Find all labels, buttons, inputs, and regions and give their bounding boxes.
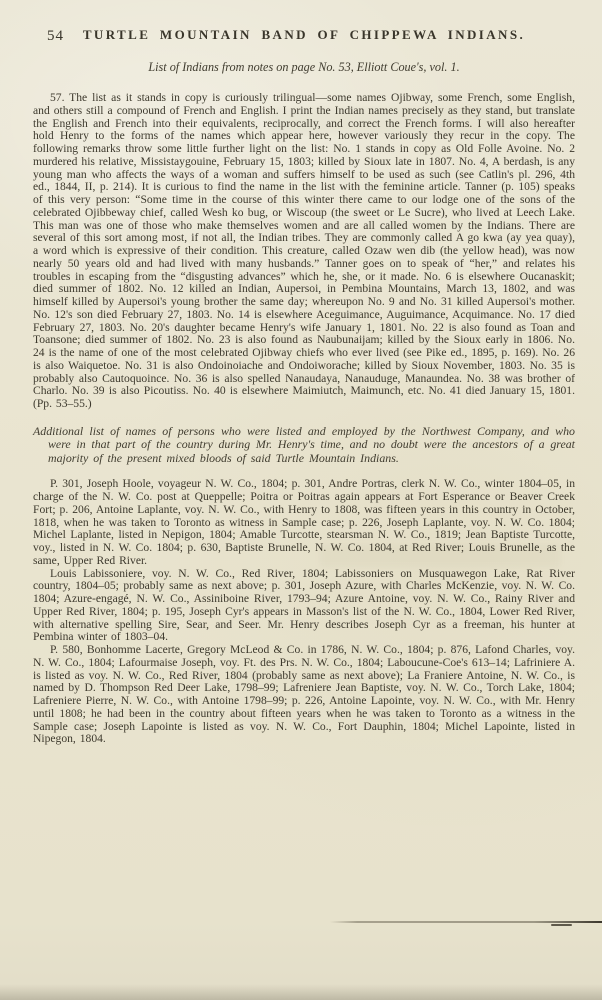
paragraph-lacerte-lapointe: P. 580, Bonhomme Lacerte, Gregory McLeod… bbox=[33, 644, 575, 746]
page-content: 54 TURTLE MOUNTAIN BAND OF CHIPPEWA INDI… bbox=[33, 0, 575, 746]
paragraph-57: 57. The list as it stands in copy is cur… bbox=[33, 92, 575, 411]
page-number: 54 bbox=[47, 28, 64, 45]
paragraph-labissoniere-azure: Louis Labissoniere, voy. N. W. Co., Red … bbox=[33, 568, 575, 645]
page-bottom-edge-shadow bbox=[0, 984, 602, 1000]
pencil-underline-dash bbox=[551, 924, 572, 926]
list-caption: List of Indians from notes on page No. 5… bbox=[33, 60, 575, 75]
pencil-mark-line bbox=[330, 921, 602, 923]
additional-list-heading: Additional list of names of persons who … bbox=[33, 425, 575, 466]
page-header: 54 TURTLE MOUNTAIN BAND OF CHIPPEWA INDI… bbox=[33, 27, 575, 45]
paragraph-hoole-portras: P. 301, Joseph Hoole, voyageur N. W. Co.… bbox=[33, 478, 575, 567]
running-title: TURTLE MOUNTAIN BAND OF CHIPPEWA INDIANS… bbox=[33, 27, 575, 43]
scanned-book-page: { "page": { "number": "54", "running_tit… bbox=[0, 0, 602, 1000]
